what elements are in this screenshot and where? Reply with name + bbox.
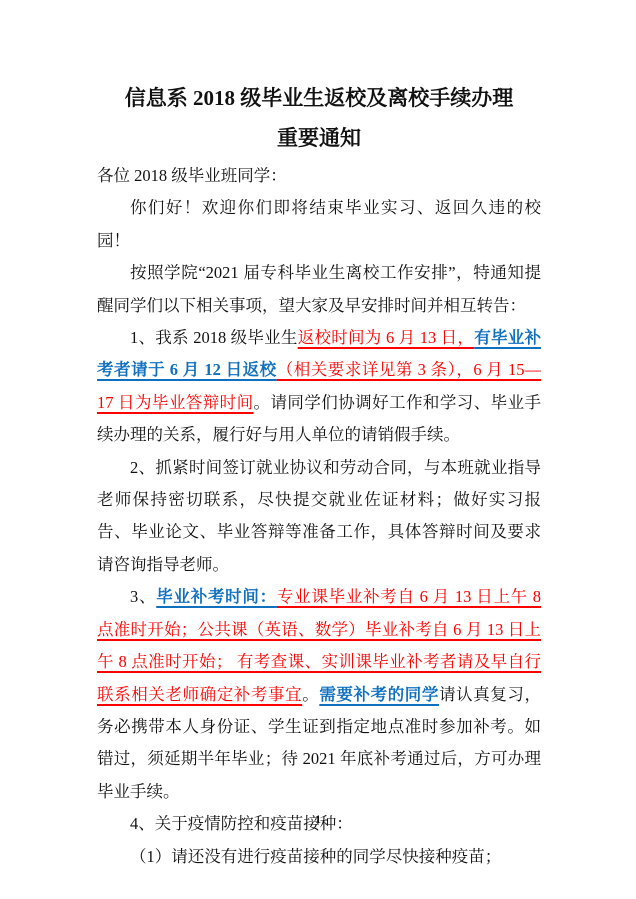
paragraph: 3、毕业补考时间：专业课毕业补考自 6 月 13 日上午 8 点准时开始；公共课… (97, 581, 541, 808)
document-page: 信息系 2018 级毕业生返校及离校手续办理 重要通知 各位 2018 级毕业班… (0, 0, 636, 899)
text-run-black: 各位 2018 级毕业班同学： (97, 166, 287, 185)
text-run-black: 1、我系 2018 级毕业生 (130, 328, 298, 347)
document-body: 各位 2018 级毕业班同学：你们好！欢迎你们即将结束毕业实习、返回久违的校园！… (97, 160, 541, 873)
document-title: 信息系 2018 级毕业生返校及离校手续办理 重要通知 (97, 78, 541, 158)
paragraph: 你们好！欢迎你们即将结束毕业实习、返回久违的校园！ (97, 192, 541, 257)
paragraph: 各位 2018 级毕业班同学： (97, 160, 541, 192)
text-run-black: 3、 (130, 587, 156, 606)
text-run-black: 按照学院“2021 届专科毕业生离校工作安排”，特通知提醒同学们以下相关事项，望… (97, 263, 541, 314)
document-title-line-2: 重要通知 (97, 118, 541, 158)
text-run-black: 2、抓紧时间签订就业协议和劳动合同，与本班就业指导老师保持密切联系，尽快提交就业… (97, 458, 541, 574)
text-run-black: 。 (302, 685, 319, 704)
text-run-red: 返校时间为 6 月 13 日， (298, 328, 475, 347)
text-run-black: 你们好！欢迎你们即将结束毕业实习、返回久违的校园！ (97, 198, 541, 249)
paragraph: 2、抓紧时间签订就业协议和劳动合同，与本班就业指导老师保持密切联系，尽快提交就业… (97, 452, 541, 582)
text-run-blue: 毕业补考时间： (156, 587, 277, 606)
paragraph: （1）请还没有进行疫苗接种的同学尽快接种疫苗； (97, 841, 541, 873)
document-title-line-1: 信息系 2018 级毕业生返校及离校手续办理 (97, 78, 541, 118)
page-number: 1 (0, 812, 636, 827)
paragraph: 按照学院“2021 届专科毕业生离校工作安排”，特通知提醒同学们以下相关事项，望… (97, 257, 541, 322)
text-run-blue: 需要补考的同学 (319, 685, 439, 704)
text-run-black: （1）请还没有进行疫苗接种的同学尽快接种疫苗； (130, 847, 501, 866)
paragraph: 1、我系 2018 级毕业生返校时间为 6 月 13 日，有毕业补考者请于 6 … (97, 322, 541, 452)
